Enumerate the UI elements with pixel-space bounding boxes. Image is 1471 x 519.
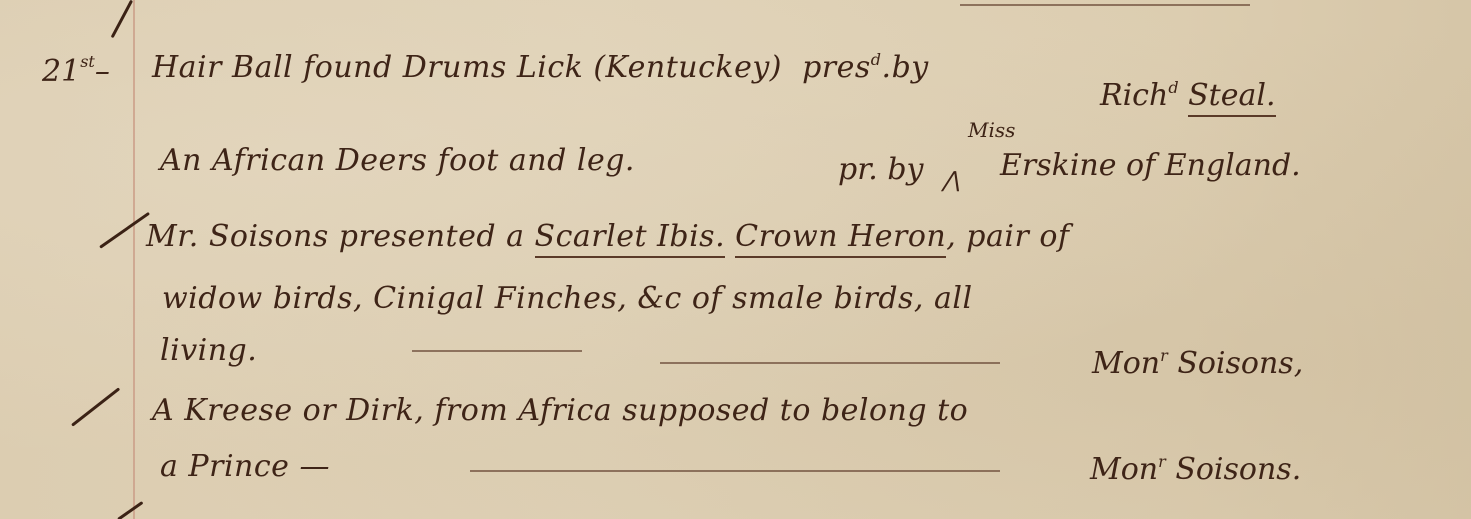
entry-3-line-1: Mr. Soisons presented a Scarlet Ibis. Cr…	[146, 222, 1070, 252]
tick-mark-entry-3	[99, 212, 150, 249]
donor-first: Rich	[1100, 78, 1168, 113]
donor-sup: r	[1158, 452, 1166, 471]
donor-surname: Soisons.	[1175, 452, 1301, 487]
date-suffix: st	[80, 52, 95, 71]
presented-by: presd.by	[802, 50, 929, 85]
donor-sup: r	[1160, 346, 1168, 365]
entry-1-donor: Richd Steal.	[1100, 78, 1276, 113]
entry-3-text-b: , pair of	[946, 219, 1069, 254]
insertion-caret-icon: ⋀	[942, 168, 960, 193]
tick-mark-entry-4	[71, 387, 120, 426]
entry-2-donor: pr. by	[838, 152, 924, 187]
entry-1-description: Hair Ball found Drums Lick (Kentuckey)	[152, 50, 782, 85]
pres-sup: d	[871, 50, 882, 69]
entry-2-donor-name: Erskine of England.	[1000, 148, 1301, 183]
donor-sup: d	[1168, 78, 1178, 97]
entry-4-text-line1: A Kreese or Dirk, from Africa supposed t…	[152, 393, 968, 428]
tick-mark-bottom	[117, 501, 143, 519]
fill-rule	[470, 470, 1000, 472]
caret-insert-text: Miss	[968, 118, 1015, 142]
donor-surname: Steal.	[1188, 78, 1275, 117]
entry-3-donor: Monr Soisons,	[1092, 346, 1303, 381]
entry-4-line-1: A Kreese or Dirk, from Africa supposed t…	[152, 396, 968, 426]
entry-1-line-1: Hair Ball found Drums Lick (Kentuckey) p…	[152, 52, 929, 83]
by-word: by	[892, 50, 929, 85]
margin-rule	[133, 0, 135, 519]
date-day: 21	[42, 54, 80, 89]
entry-3-crown-heron: Crown Heron	[735, 219, 946, 258]
fill-rule	[660, 362, 1000, 364]
entry-4-donor: Monr Soisons.	[1090, 452, 1301, 487]
donor-surname: Soisons,	[1177, 346, 1303, 381]
date-dash: –	[95, 54, 110, 89]
entry-3-text-line2: widow birds, Cinigal Finches, &c of smal…	[162, 281, 973, 316]
pr-abbr: pr.	[838, 152, 878, 187]
pres-abbr: pres	[802, 50, 871, 85]
tick-mark-top	[111, 0, 133, 38]
entry-3-text-line3: living.	[160, 333, 257, 368]
entry-2-line-1: An African Deers foot and leg.	[160, 146, 635, 176]
by-word: by	[887, 152, 923, 187]
donor-first: Mon	[1090, 452, 1158, 487]
header-underline-fragment	[960, 4, 1250, 6]
entry-3-line-3: living.	[160, 336, 257, 366]
entry-3-text-a: Mr. Soisons presented a	[146, 219, 524, 254]
entry-4-line-2: a Prince —	[160, 452, 330, 482]
entry-3-line-2: widow birds, Cinigal Finches, &c of smal…	[162, 284, 973, 314]
entry-date: 21st–	[42, 52, 110, 89]
donor-first: Mon	[1092, 346, 1160, 381]
entry-3-scarlet-ibis: Scarlet Ibis.	[535, 219, 726, 258]
manuscript-page: 21st– Hair Ball found Drums Lick (Kentuc…	[0, 0, 1471, 519]
entry-4-text-line2: a Prince —	[160, 449, 330, 484]
fill-rule	[412, 350, 582, 352]
entry-2-description: An African Deers foot and leg.	[160, 143, 635, 178]
